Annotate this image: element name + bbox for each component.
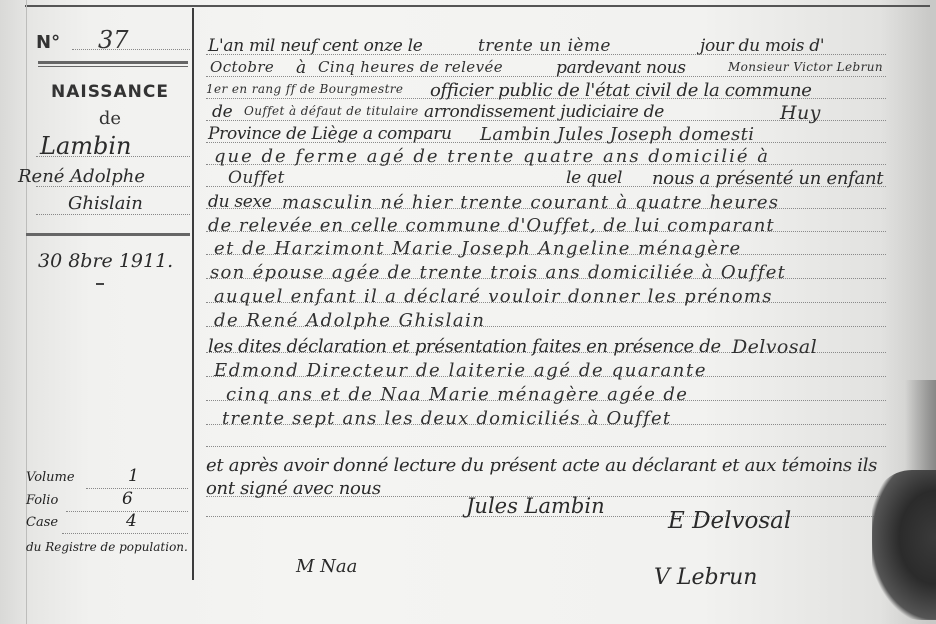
act-line-17-hand: trente sept ans les deux domiciliés à Ou…	[222, 408, 671, 429]
register-footer: du Registre de population.	[26, 540, 188, 554]
case-value: 4	[126, 511, 137, 531]
volume-line	[86, 488, 188, 489]
act-line-4-hand2: Huy	[780, 102, 821, 124]
act-line-2-print2: pardevant nous	[556, 58, 686, 78]
thin-rule	[38, 66, 188, 67]
act-line-1-hand: trente un ième	[478, 36, 611, 56]
act-line-15-hand: Edmond Directeur de laiterie agé de quar…	[214, 360, 707, 381]
signature-witness-1: E Delvosal	[668, 508, 791, 534]
given-names-2: Ghislain	[68, 193, 143, 214]
thumb-holding-page	[872, 470, 936, 620]
folio-value: 6	[122, 489, 133, 509]
act-line-2-hand: Octobre	[210, 58, 274, 76]
given-names-1: René Adolphe	[18, 166, 145, 187]
act-line-3-hand: 1er en rang ff de Bourgmestre	[206, 82, 403, 96]
given-names-line-2	[36, 214, 190, 215]
folio-label: Folio	[26, 493, 58, 508]
given-names-line-1	[36, 186, 190, 187]
heading-naissance: NAISSANCE	[28, 82, 192, 102]
record-date: 30 8bre 1911.	[38, 250, 173, 272]
act-line-2-hand2: Cinq heures de relevée	[318, 58, 503, 76]
thick-rule	[38, 61, 188, 64]
number-label: N°	[36, 32, 60, 53]
closing-line-2: ont signé avec nous	[206, 478, 381, 499]
guide-line	[206, 76, 886, 77]
volume-label: Volume	[26, 470, 75, 485]
number-dotted-line	[72, 49, 190, 50]
act-line-12-hand: auquel enfant il a déclaré vouloir donne…	[214, 286, 773, 307]
act-line-2-print: à	[296, 58, 306, 78]
act-line-11-hand: son épouse agée de trente trois ans domi…	[210, 262, 786, 283]
binding-margin	[26, 0, 27, 624]
act-line-4-print: de	[212, 102, 232, 122]
act-line-14-hand: Delvosal	[732, 336, 817, 358]
surname-line	[36, 156, 190, 157]
act-line-6-hand: que de ferme agé de trente quatre ans do…	[214, 146, 770, 167]
act-line-4-print2: arrondissement judiciaire de	[424, 102, 664, 122]
margin-column: N° 37 NAISSANCE de Lambin René Adolphe G…	[28, 0, 192, 624]
act-line-9-hand: de relevée en celle commune d'Ouffet, de…	[208, 215, 775, 236]
case-line	[62, 533, 188, 534]
act-line-8-print: du sexe	[208, 192, 272, 212]
act-line-5-hand: Lambin Jules Joseph domesti	[480, 124, 754, 145]
column-divider	[192, 8, 194, 580]
act-line-8-hand: masculin né hier trente courant à quatre…	[282, 192, 779, 213]
act-line-2-hand3: Monsieur Victor Lebrun	[728, 60, 883, 74]
record-number: N° 37	[36, 28, 188, 52]
volume-value: 1	[128, 466, 139, 486]
act-line-10-hand: et de Harzimont Marie Joseph Angeline mé…	[214, 238, 742, 259]
register-page: N° 37 NAISSANCE de Lambin René Adolphe G…	[0, 0, 936, 624]
act-line-7-hand: Ouffet	[228, 168, 285, 188]
heading-de: de	[28, 108, 192, 129]
act-line-16-hand: cinq ans et de Naa Marie ménagère agée d…	[226, 384, 688, 405]
case-label: Case	[26, 515, 58, 530]
act-line-7-print: le quel	[566, 168, 622, 188]
signature-declarant: Jules Lambin	[466, 494, 605, 518]
act-line-1-print2: jour du mois d'	[700, 36, 824, 56]
guide-line	[206, 446, 886, 447]
act-line-3-print: officier public de l'état civil de la co…	[430, 80, 812, 101]
signature-officer: V Lebrun	[654, 565, 757, 590]
section-rule	[26, 233, 190, 236]
act-line-4-hand: Ouffet à défaut de titulaire	[244, 104, 419, 118]
act-line-14-print: les dites déclaration et présentation fa…	[208, 336, 721, 357]
date-dash	[96, 283, 104, 285]
act-line-13-hand: de René Adolphe Ghislain	[214, 310, 485, 331]
act-line-1-print: L'an mil neuf cent onze le	[208, 36, 423, 56]
act-line-7-print2: nous a présenté un enfant	[652, 168, 883, 189]
closing-line-1: et après avoir donné lecture du présent …	[206, 455, 877, 476]
signature-witness-2: M Naa	[296, 556, 357, 577]
act-line-5-print: Province de Liège a comparu	[208, 124, 452, 144]
